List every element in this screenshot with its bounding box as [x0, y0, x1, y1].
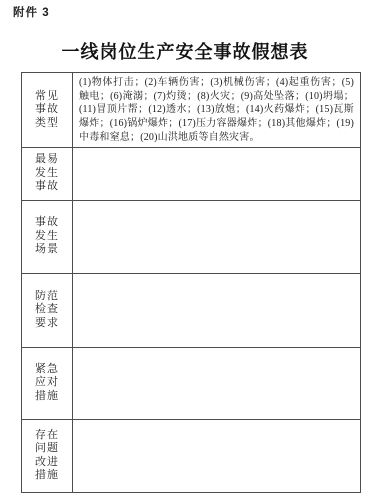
- row-header-most-likely-accidents: 最易 发生 事故: [22, 147, 73, 200]
- table-row: 常见 事故 类型 (1)物体打击；(2)车辆伤害；(3)机械伤害；(4)起重伤害…: [22, 73, 361, 148]
- cell-most-likely-accidents: [73, 147, 361, 200]
- row-header-common-accident-types: 常见 事故 类型: [22, 73, 73, 148]
- table-row: 存在 问题 改进 措施: [22, 419, 361, 492]
- attachment-label: 附件 3: [13, 4, 50, 20]
- page-title: 一线岗位生产安全事故假想表: [0, 38, 370, 64]
- cell-accident-scenario: [73, 200, 361, 273]
- table-row: 防范 检查 要求: [22, 273, 361, 347]
- row-header-prevention-inspection-requirements: 防范 检查 要求: [22, 273, 73, 347]
- document-page: 附件 3 一线岗位生产安全事故假想表 常见 事故 类型 (1)物体打击；(2)车…: [0, 0, 370, 494]
- cell-common-accident-types: (1)物体打击；(2)车辆伤害；(3)机械伤害；(4)起重伤害；(5)触电；(6…: [73, 73, 361, 148]
- row-header-emergency-response-measures: 紧急 应对 措施: [22, 347, 73, 419]
- accident-hypothesis-table: 常见 事故 类型 (1)物体打击；(2)车辆伤害；(3)机械伤害；(4)起重伤害…: [21, 72, 361, 493]
- cell-problems-improvement-measures: [73, 419, 361, 492]
- table-row: 最易 发生 事故: [22, 147, 361, 200]
- row-header-problems-improvement-measures: 存在 问题 改进 措施: [22, 419, 73, 492]
- cell-prevention-inspection-requirements: [73, 273, 361, 347]
- cell-emergency-response-measures: [73, 347, 361, 419]
- row-header-accident-scenario: 事故 发生 场景: [22, 200, 73, 273]
- table-row: 事故 发生 场景: [22, 200, 361, 273]
- table-row: 紧急 应对 措施: [22, 347, 361, 419]
